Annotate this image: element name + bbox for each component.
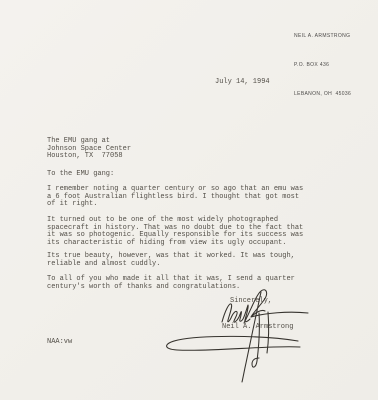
letterhead: NEIL A. ARMSTRONG P.O. BOX 436 LEBANON, … [294,13,351,119]
recipient-address: The EMU gang at Johnson Space Center Hou… [47,138,131,161]
letterhead-name: NEIL A. ARMSTRONG [294,32,351,42]
signature-stroke-cigar-loop [167,336,300,350]
body-paragraph-1: I remember noting a quarter century or s… [47,186,303,209]
body-paragraph-2: It turned out to be one of the most wide… [47,217,303,247]
letter-paper: NEIL A. ARMSTRONG P.O. BOX 436 LEBANON, … [0,0,378,400]
letterhead-po-box: P.O. BOX 436 [294,61,351,71]
salutation: To the EMU gang: [47,171,114,179]
handwritten-signature [140,283,360,388]
reference-initials: NAA:vw [47,339,72,347]
letterhead-city-state-zip: LEBANON, OH 45036 [294,90,351,100]
letter-date: July 14, 1994 [215,79,270,87]
body-paragraph-3: Its true beauty, however, was that it wo… [47,253,295,268]
signature-stroke-vertical-1 [252,313,259,367]
